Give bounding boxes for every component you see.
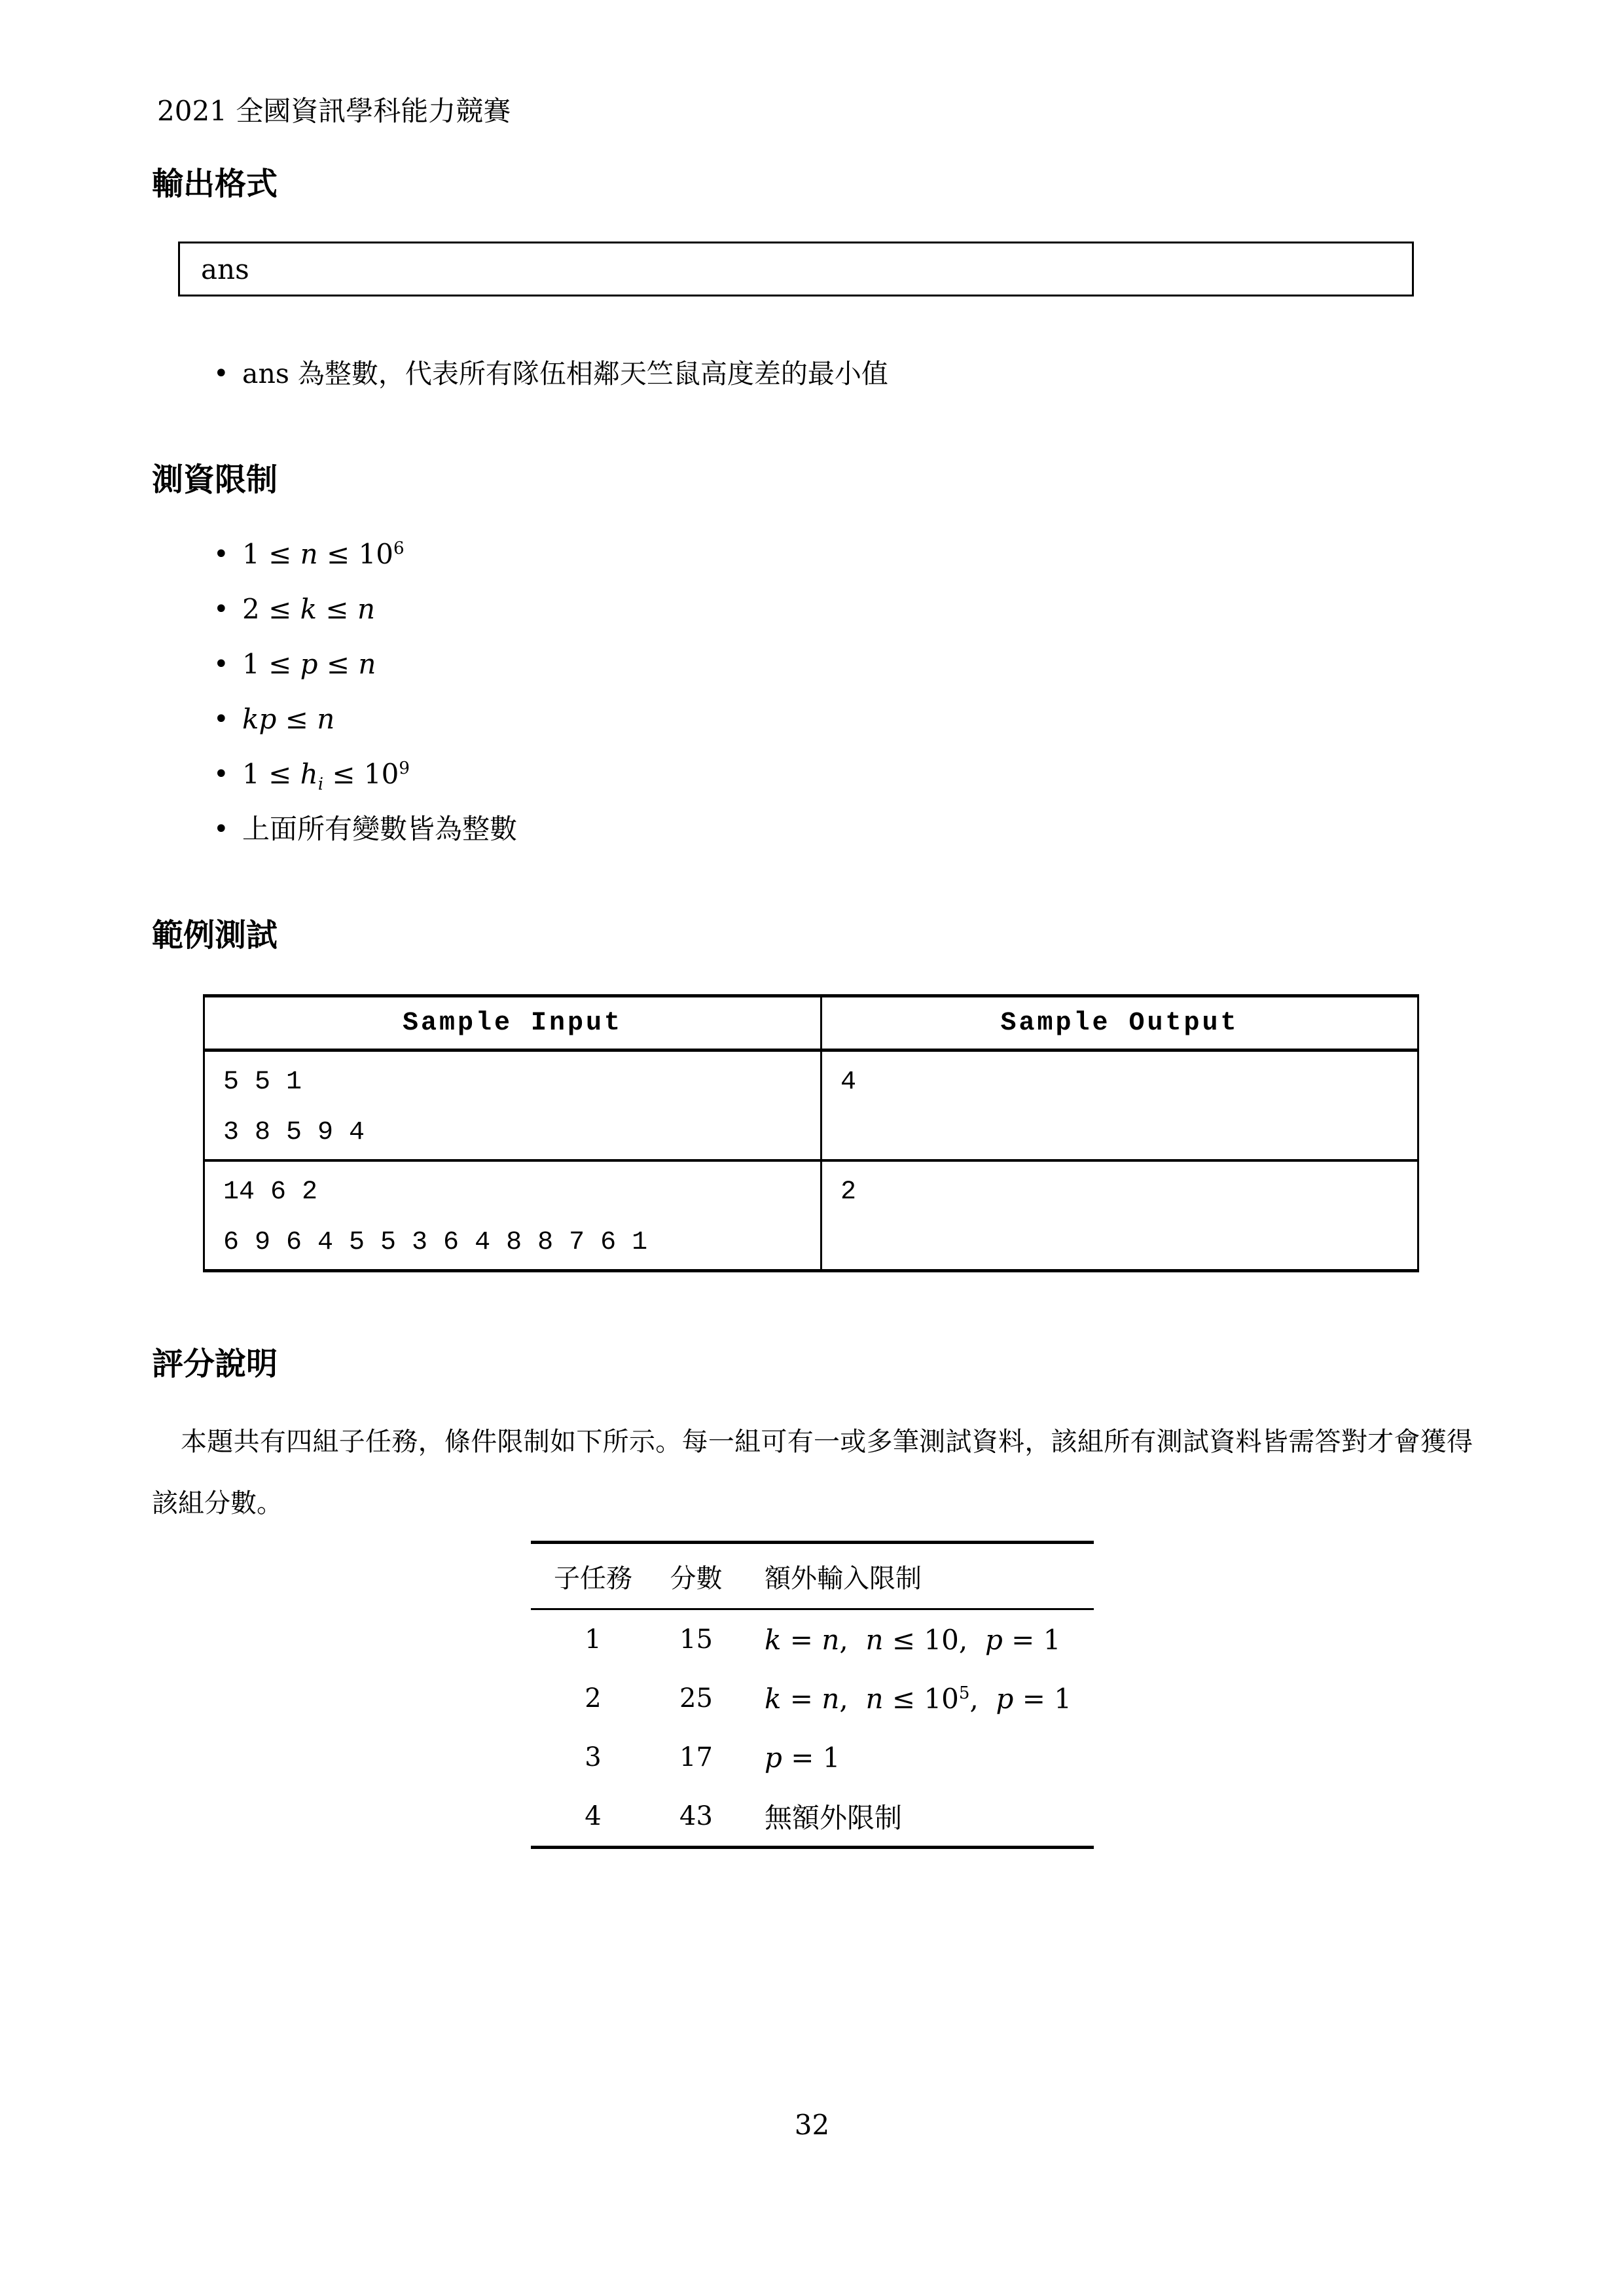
table-row: 2 25 k = n, n ≤ 105, p = 1	[531, 1669, 1094, 1728]
document-header: 2021 全國資訊學科能力競賽	[157, 95, 1473, 128]
subtask-score: 43	[655, 1787, 737, 1848]
sample-input-column-header: Sample Input	[204, 996, 821, 1050]
subtask-column-header: 子任務	[531, 1543, 655, 1609]
constraint-item: 2 ≤ k ≤ n	[152, 592, 1473, 626]
subtask-table-header-row: 子任務 分數 額外輸入限制	[531, 1543, 1094, 1609]
sample-table-header-row: Sample Input Sample Output	[204, 996, 1418, 1050]
scoring-paragraph: 本題共有四組子任務，條件限制如下所示。每一組可有一或多筆測試資料，該組所有測試資…	[152, 1411, 1473, 1534]
document-page: 2021 全國資訊學科能力競賽 輸出格式 ans ans 為整數，代表所有隊伍相…	[0, 0, 1624, 2296]
subtask-id: 1	[531, 1609, 655, 1670]
subtask-id: 4	[531, 1787, 655, 1848]
input-line: 14 6 2	[223, 1167, 820, 1217]
section-heading-output-format: 輸出格式	[152, 166, 1473, 202]
constraint-item: 1 ≤ p ≤ n	[152, 647, 1473, 681]
section-heading-scoring: 評分說明	[152, 1346, 1473, 1382]
subtask-id: 3	[531, 1728, 655, 1787]
subtask-score: 15	[655, 1609, 737, 1670]
constraint-item: kp ≤ n	[152, 702, 1473, 736]
extra-constraint-column-header: 額外輸入限制	[737, 1543, 1094, 1609]
list-item: ans 為整數，代表所有隊伍相鄰天竺鼠高度差的最小值	[152, 357, 1473, 391]
subtask-constraint: k = n, n ≤ 105, p = 1	[737, 1669, 1094, 1728]
section-heading-samples: 範例測試	[152, 917, 1473, 954]
constraint-item: 上面所有變數皆為整數	[152, 812, 1473, 846]
output-variable-text: ans	[201, 253, 249, 285]
subtask-constraint: k = n, n ≤ 10, p = 1	[737, 1609, 1094, 1670]
input-line: 3 8 5 9 4	[223, 1107, 820, 1158]
table-row: 14 6 26 9 6 4 5 5 3 6 4 8 8 7 6 1 2	[204, 1160, 1418, 1271]
table-row: 3 17 p = 1	[531, 1728, 1094, 1787]
sample-output-cell: 4	[821, 1050, 1418, 1161]
constraints-bullet-list: 1 ≤ n ≤ 106 2 ≤ k ≤ n 1 ≤ p ≤ n kp ≤ n 1…	[152, 537, 1473, 846]
page-number: 32	[0, 2109, 1624, 2141]
table-row: 1 15 k = n, n ≤ 10, p = 1	[531, 1609, 1094, 1670]
section-heading-constraints: 測資限制	[152, 461, 1473, 498]
sample-table: Sample Input Sample Output 5 5 13 8 5 9 …	[203, 994, 1419, 1272]
input-line: 6 9 6 4 5 5 3 6 4 8 8 7 6 1	[223, 1217, 820, 1268]
constraint-item: 1 ≤ n ≤ 106	[152, 537, 1473, 571]
subtask-id: 2	[531, 1669, 655, 1728]
sample-output-cell: 2	[821, 1160, 1418, 1271]
constraint-item: 1 ≤ hi ≤ 109	[152, 757, 1473, 791]
output-format-bullet-list: ans 為整數，代表所有隊伍相鄰天竺鼠高度差的最小值	[152, 357, 1473, 391]
sample-input-cell: 5 5 13 8 5 9 4	[204, 1050, 821, 1161]
sample-input-cell: 14 6 26 9 6 4 5 5 3 6 4 8 8 7 6 1	[204, 1160, 821, 1271]
subtask-constraint: p = 1	[737, 1728, 1094, 1787]
sample-output-column-header: Sample Output	[821, 996, 1418, 1050]
subtask-score: 25	[655, 1669, 737, 1728]
subtask-table: 子任務 分數 額外輸入限制 1 15 k = n, n ≤ 10, p = 1 …	[531, 1541, 1094, 1849]
table-row: 5 5 13 8 5 9 4 4	[204, 1050, 1418, 1161]
subtask-constraint: 無額外限制	[737, 1787, 1094, 1848]
table-row: 4 43 無額外限制	[531, 1787, 1094, 1848]
output-format-box: ans	[178, 242, 1414, 296]
input-line: 5 5 1	[223, 1057, 820, 1107]
score-column-header: 分數	[655, 1543, 737, 1609]
subtask-score: 17	[655, 1728, 737, 1787]
